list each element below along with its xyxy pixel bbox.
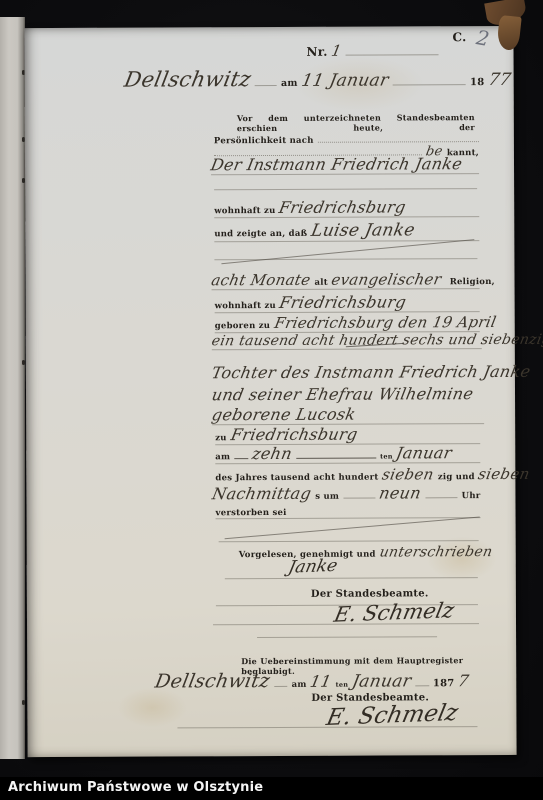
religion-handwritten: evangelischer <box>330 270 443 288</box>
header-place-handwritten: Dellschwitz <box>122 67 253 92</box>
rule-filler <box>345 40 438 55</box>
born-label: geboren zu <box>215 321 271 331</box>
deceased-name-handwritten: Luise Janke <box>309 220 416 240</box>
residence-handwritten: Friedrichsburg <box>278 197 408 217</box>
parentage-row-2: und seiner Ehefrau Wilhelmine <box>212 384 484 404</box>
rule-filler <box>274 672 288 687</box>
deceased-residence-handwritten: Friedrichsburg <box>278 292 408 312</box>
handwritten-dash <box>296 445 376 459</box>
binding-stitch <box>22 360 25 365</box>
blank-rule <box>214 188 477 190</box>
death-year-tens-handwritten: sieben <box>381 465 436 483</box>
header-place-date-row: Dellschwitz am 11 Januar 18 77 <box>125 66 511 92</box>
record-number-label: Nr. <box>306 44 327 58</box>
certification-place-handwritten: Dellschwitz <box>153 670 272 693</box>
binding-stitch <box>22 700 25 705</box>
rule-filler <box>360 419 484 420</box>
declarant-handwritten: Der Instmann Friedrich Janke <box>209 154 464 174</box>
death-time-row: Nachmittag s um neun Uhr <box>212 483 480 503</box>
age-religion-row: acht Monate alt evangelischer Religion, <box>211 270 479 290</box>
parentage-line3-handwritten: geborene Lucosk <box>210 405 357 425</box>
certification-day-handwritten: 11 <box>309 672 334 691</box>
record-number-row: Nr. 1 <box>306 40 438 59</box>
closing-handwritten: unterschrieben <box>378 544 494 561</box>
death-place-handwritten: Friedrichsburg <box>229 425 359 445</box>
archive-watermark-label: Archiwum Państwowe w Olsztynie <box>8 780 263 795</box>
report-row: und zeigte an, daß Luise Janke <box>214 220 479 242</box>
rule-filler <box>291 514 481 515</box>
rule-filler <box>415 672 429 687</box>
death-year-row: des Jahres tausend acht hundert sieben z… <box>215 465 480 484</box>
parentage-line1-handwritten: Tochter des Instmann Friedrich Janke <box>210 362 532 382</box>
closing-row: Vorgelesen, genehmigt und unterschrieben <box>239 544 481 561</box>
death-am-label: am <box>215 452 230 462</box>
rule-filler <box>425 484 458 499</box>
age-label: alt <box>315 278 328 288</box>
rule-filler <box>343 484 376 499</box>
parentage-line2-handwritten: und seiner Ehefrau Wilhelmine <box>210 384 475 404</box>
death-month-handwritten: Januar <box>395 443 454 462</box>
death-day-handwritten: zehn <box>250 444 293 463</box>
death-uhr-label: Uhr <box>462 491 481 501</box>
birth-place-row: geboren zu Friedrichsburg den 19 April <box>215 313 480 333</box>
certification-year-printed: 187 <box>433 678 455 689</box>
form-letter-c: C. <box>452 30 466 44</box>
handwritten-dash <box>234 445 248 459</box>
certification-year-handwritten: 7 <box>457 671 471 690</box>
religion-label: Religion, <box>450 277 495 287</box>
paper-stain <box>117 687 187 727</box>
header-year-printed: 18 <box>470 77 484 88</box>
death-date-row: am zehn ten Januar <box>215 443 480 464</box>
certification-month-handwritten: Januar <box>350 671 413 691</box>
registrar-label: Der Standesbeamte. <box>311 588 429 600</box>
deceased-residence-row: wohnhaft zu Friedrichsburg <box>215 292 480 313</box>
line-filler-stroke <box>221 239 474 264</box>
worn-corner <box>484 0 528 27</box>
blank-rule <box>257 636 437 638</box>
died-row: verstorben sei <box>216 507 481 519</box>
death-um-label: s um <box>315 492 339 502</box>
deceased-residence-label: wohnhaft zu <box>215 301 276 311</box>
age-handwritten: acht Monate <box>210 271 312 289</box>
parentage-row-1: Tochter des Instmann Friedrich Janke <box>212 362 484 382</box>
report-label: und zeigte an, daß <box>214 229 307 239</box>
death-hour-handwritten: neun <box>378 483 423 502</box>
register-page: C. 2 Nr. 1 Dellschwitz am 11 Januar 18 7… <box>24 26 516 757</box>
death-place-row: zu Friedrichsburg <box>215 424 480 445</box>
death-zu-label: zu <box>215 433 227 443</box>
certification-ten-label: ten <box>336 681 349 689</box>
header-day-month-handwritten: 11 Januar <box>300 70 391 90</box>
certification-date-row: Dellschwitz am 11 ten Januar 187 7 <box>155 669 487 692</box>
line-filler-stroke <box>225 517 480 540</box>
certification-am-label: am <box>292 680 307 690</box>
signature-rule <box>225 577 478 579</box>
died-label: verstorben sei <box>216 508 287 518</box>
header-year-handwritten: 77 <box>487 70 513 90</box>
header-am-label: am <box>281 78 298 89</box>
birth-year-row: ein tausend acht hundert sechs und siebe… <box>212 332 482 350</box>
rule-filler <box>392 71 466 86</box>
death-year-ones-handwritten: sieben <box>477 465 532 483</box>
page-number-handwritten: 2 <box>475 25 492 51</box>
residence-label: wohnhaft zu <box>214 206 275 216</box>
death-zig-und-label: zig und <box>438 472 475 482</box>
declarant-residence-row: wohnhaft zu Friedrichsburg <box>214 197 479 218</box>
death-time-of-day-handwritten: Nachmittag <box>211 484 313 503</box>
blank-rule <box>219 540 479 542</box>
rule-filler <box>255 71 277 86</box>
left-book-page <box>0 17 25 759</box>
record-number-value: 1 <box>330 41 343 59</box>
death-year-printed: des Jahres tausend acht hundert <box>215 473 378 484</box>
archive-watermark-bar: Archiwum Państwowe w Olsztynie <box>0 777 543 800</box>
declarant-row: Der Instmann Friedrich Janke <box>211 154 479 175</box>
declarant-signature: Janke <box>286 556 339 578</box>
birth-place-date-handwritten: Friedrichsburg den 19 April <box>272 313 497 332</box>
rule-filler <box>361 439 480 440</box>
parentage-row-3: geborene Lucosk <box>212 404 484 425</box>
birth-year-handwritten: ein tausend acht hundert sechs und siebe… <box>210 332 543 349</box>
death-ten-label: ten <box>380 452 393 460</box>
